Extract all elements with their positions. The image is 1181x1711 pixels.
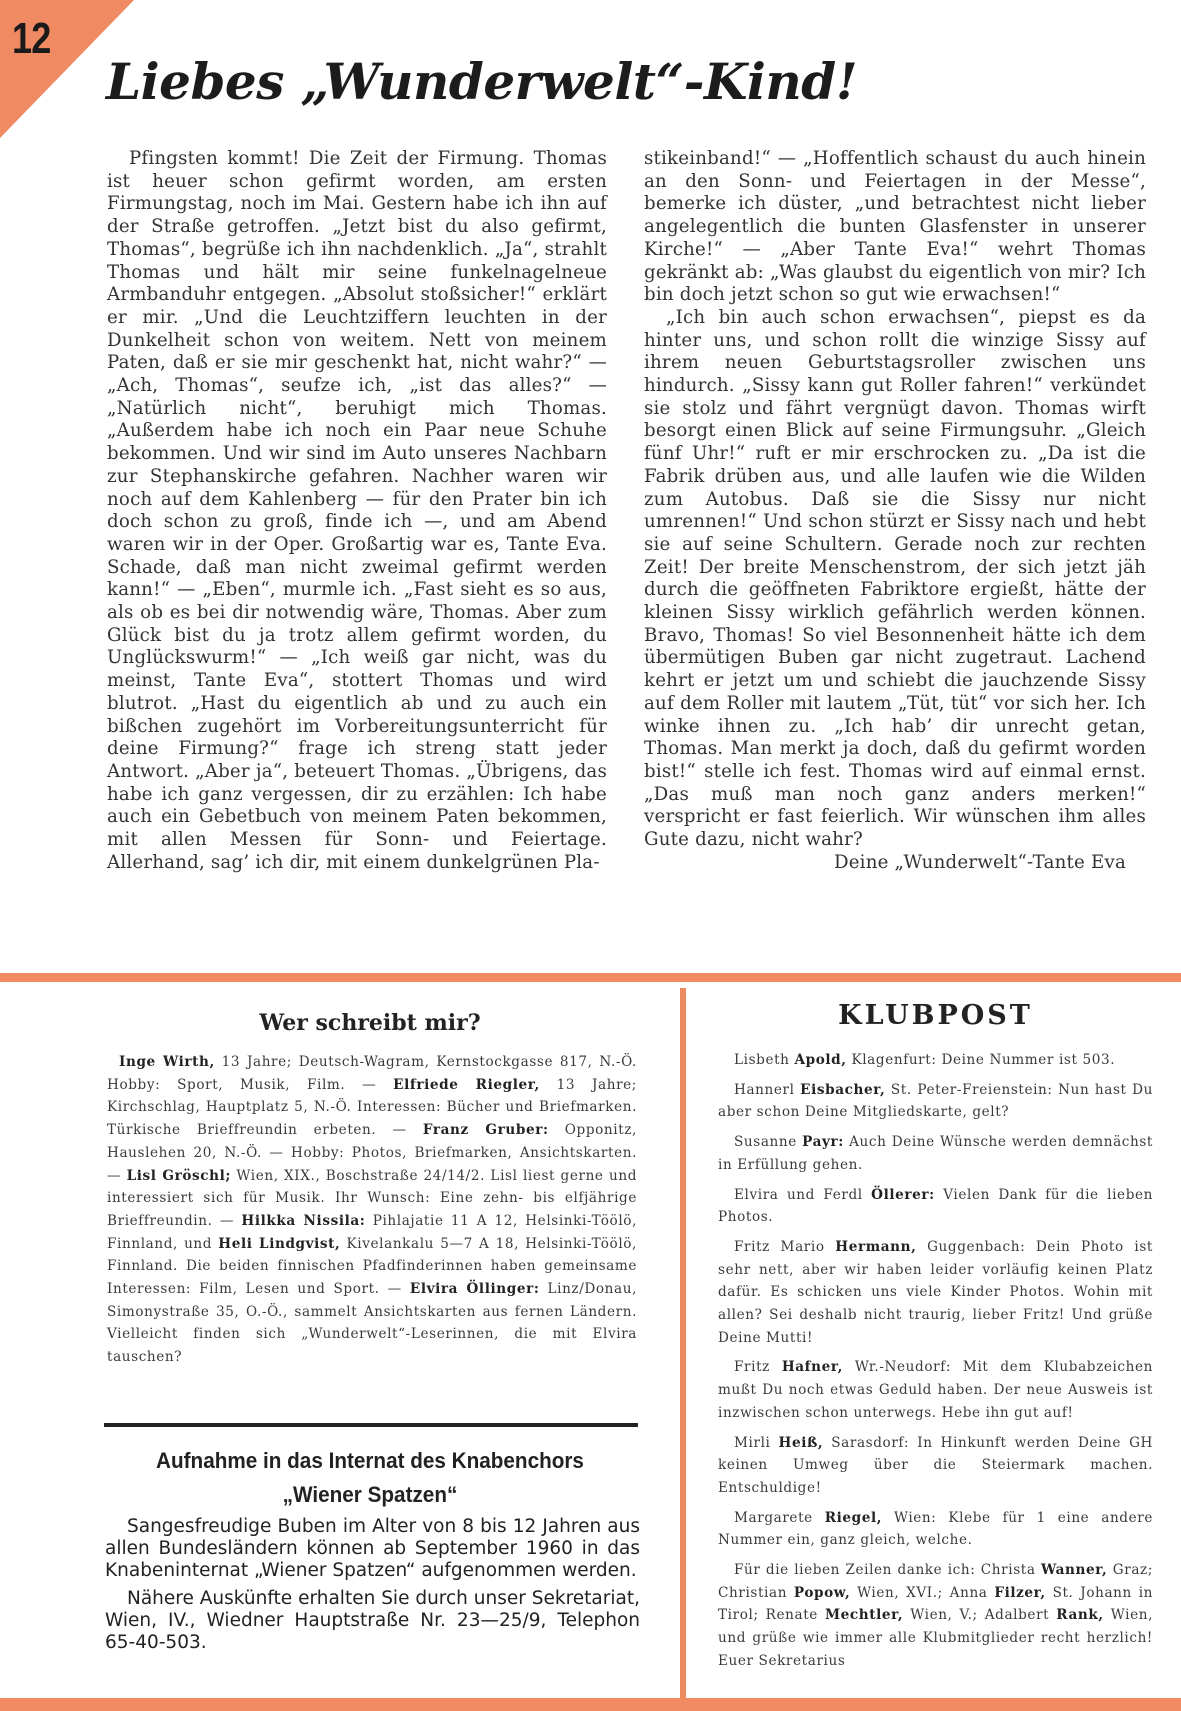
member-first-name: Margarete (734, 1510, 825, 1526)
klubpost-heading: KLUBPOST (690, 1000, 1181, 1031)
section-divider-horizontal (0, 973, 1181, 982)
member-first-name: Mirli (734, 1435, 779, 1451)
knabenchor-paragraph: Nähere Auskünfte erhalten Sie durch unse… (105, 1588, 640, 1654)
knabenchor-heading-line1: Aufnahme in das Internat des Knabenchors (112, 1444, 627, 1478)
klubpost-thanks: Für die lieben Zeilen danke ich: Christa… (718, 1559, 1153, 1673)
wer-schreibt-mir-heading: Wer schreibt mir? (90, 1010, 650, 1036)
member-first-name: Elvira und Ferdl (734, 1187, 871, 1203)
pen-pal-name: Elvira Öllinger: (410, 1281, 540, 1297)
member-first-name: Susanne (734, 1134, 802, 1150)
klubpost-reply: Klagenfurt: Deine Nummer ist 503. (847, 1052, 1116, 1068)
member-last-name: Payr: (802, 1134, 844, 1150)
pen-pal-name: Inge Wirth, (119, 1054, 215, 1070)
letter-signature: Deine „Wunderwelt“-Tante Eva (644, 852, 1146, 875)
letter-paragraph: stikeinband!“ — „Hoffentlich schaust du … (644, 148, 1146, 307)
klubpost-entry: Mirli Heiß, Sarasdorf: In Hinkunft werde… (718, 1432, 1153, 1500)
letter-paragraph: Pfingsten kommt! Die Zeit der Firmung. T… (107, 148, 607, 875)
pen-pal-name: Elfriede Riegler, (393, 1077, 540, 1093)
member-last-name: Eisbacher, (800, 1082, 885, 1098)
klubpost-body: Lisbeth Apold, Klagenfurt: Deine Nummer … (718, 1049, 1153, 1680)
knabenchor-paragraph: Sangesfreudige Buben im Alter von 8 bis … (105, 1516, 640, 1582)
klubpost-entry: Fritz Mario Hermann, Guggenbach: Dein Ph… (718, 1236, 1153, 1350)
page-number: 12 (12, 14, 51, 64)
member-last-name: Heiß, (779, 1435, 824, 1451)
member-last-name: Riegel, (825, 1510, 882, 1526)
member-first-name: Fritz Mario (734, 1239, 835, 1255)
letter-paragraph: „Ich bin auch schon erwachsen“, piepst e… (644, 307, 1146, 852)
knabenchor-heading-line2: „Wiener Spatzen“ (112, 1478, 627, 1512)
klubpost-entry: Hannerl Eisbacher, St. Peter-Freienstein… (718, 1079, 1153, 1124)
pen-pal-name: Lisl Gröschl; (127, 1168, 231, 1184)
klubpost-entry: Susanne Payr: Auch Deine Wünsche werden … (718, 1131, 1153, 1176)
thanks-intro: Für die lieben Zeilen danke ich: Christa (734, 1562, 1041, 1578)
section-divider-vertical (680, 988, 686, 1700)
member-last-name: Hermann, (835, 1239, 916, 1255)
letter-column-right: stikeinband!“ — „Hoffentlich schaust du … (644, 148, 1146, 875)
bottom-orange-band (0, 1698, 1181, 1711)
member-last-name: Filzer, (994, 1585, 1045, 1601)
black-divider (104, 1423, 638, 1427)
member-first-name: Fritz (734, 1359, 782, 1375)
pen-pal-name: Heli Lindgvist, (218, 1236, 340, 1252)
klubpost-entry: Elvira und Ferdl Öllerer: Vielen Dank fü… (718, 1184, 1153, 1229)
member-last-name: Popow, (794, 1585, 850, 1601)
klubpost-entry: Margarete Riegel, Wien: Klebe für 1 eine… (718, 1507, 1153, 1552)
member-last-name: Rank, (1056, 1607, 1103, 1623)
member-last-name: Apold, (794, 1052, 846, 1068)
klubpost-entry: Fritz Hafner, Wr.-Neudorf: Mit dem Kluba… (718, 1356, 1153, 1424)
member-last-name: Mechtler, (825, 1607, 903, 1623)
member-last-name: Öllerer: (871, 1187, 935, 1203)
knabenchor-heading: Aufnahme in das Internat des Knabenchors… (112, 1444, 627, 1512)
thanks-text: Wien, V.; Adalbert (903, 1607, 1056, 1623)
thanks-text: Wien, XVI.; Anna (850, 1585, 994, 1601)
klubpost-entry: Lisbeth Apold, Klagenfurt: Deine Nummer … (718, 1049, 1153, 1072)
letter-column-left: Pfingsten kommt! Die Zeit der Firmung. T… (107, 148, 607, 875)
knabenchor-body: Sangesfreudige Buben im Alter von 8 bis … (105, 1516, 640, 1660)
pen-pal-listings: Inge Wirth, 13 Jahre; Deutsch-Wagram, Ke… (107, 1051, 637, 1369)
pen-pal-name: Franz Gruber: (423, 1122, 549, 1138)
pen-pal-name: Hilkka Nissila: (241, 1213, 365, 1229)
member-first-name: Lisbeth (734, 1052, 794, 1068)
member-first-name: Hannerl (734, 1082, 800, 1098)
member-last-name: Hafner, (782, 1359, 843, 1375)
page-title: Liebes „Wunderwelt“-Kind! (106, 52, 857, 111)
member-last-name: Wanner, (1041, 1562, 1107, 1578)
